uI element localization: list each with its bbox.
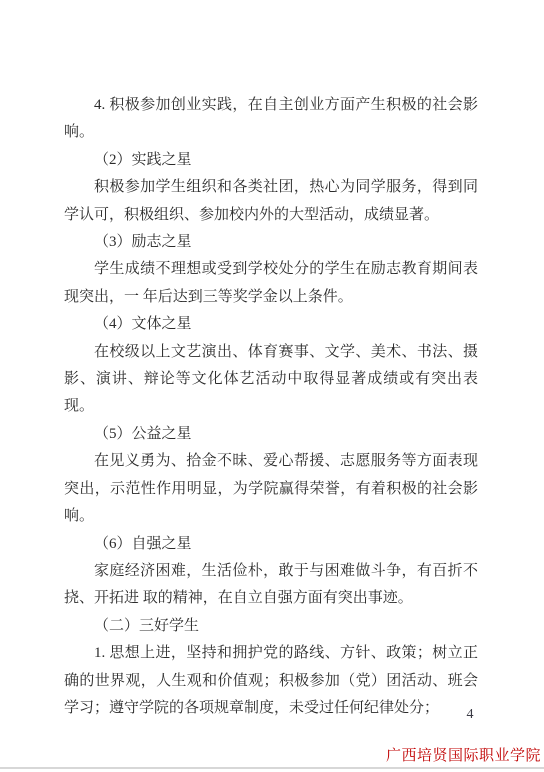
page-bottom-divider: [0, 767, 544, 769]
section-heading: （6）自强之星: [64, 531, 478, 558]
body-paragraph: 家庭经济困难，生活俭朴，敢于与困难做斗争，有百折不挠、开拓进 取的精神，在自立自…: [64, 558, 478, 613]
document-page: 4. 积极参加创业实践，在自主创业方面产生积极的社会影响。 （2）实践之星 积极…: [0, 0, 544, 772]
section-heading: （3）励志之星: [64, 229, 478, 256]
college-watermark: 广西培贤国际职业学院: [386, 744, 541, 765]
page-number: 4: [460, 707, 480, 723]
section-heading: （2）实践之星: [64, 147, 478, 174]
section-heading: （4）文体之星: [64, 311, 478, 338]
section-heading: （5）公益之星: [64, 421, 478, 448]
section-heading: （二）三好学生: [64, 613, 478, 640]
body-paragraph: 积极参加学生组织和各类社团，热心为同学服务，得到同学认可，积极组织、参加校内外的…: [64, 174, 478, 229]
document-body: 4. 积极参加创业实践，在自主创业方面产生积极的社会影响。 （2）实践之星 积极…: [64, 92, 478, 722]
body-paragraph: 4. 积极参加创业实践，在自主创业方面产生积极的社会影响。: [64, 92, 478, 147]
body-paragraph: 在见义勇为、拾金不昧、爱心帮援、志愿服务等方面表现突出，示范性作用明显，为学院赢…: [64, 448, 478, 530]
body-paragraph: 1. 思想上进，坚持和拥护党的路线、方针、政策；树立正确的世界观，人生观和价值观…: [64, 640, 478, 722]
body-paragraph: 在校级以上文艺演出、体育赛事、文学、美术、书法、摄影、演讲、辩论等文化体艺活动中…: [64, 339, 478, 421]
body-paragraph: 学生成绩不理想或受到学校处分的学生在励志教育期间表现突出，一 年后达到三等奖学金…: [64, 256, 478, 311]
